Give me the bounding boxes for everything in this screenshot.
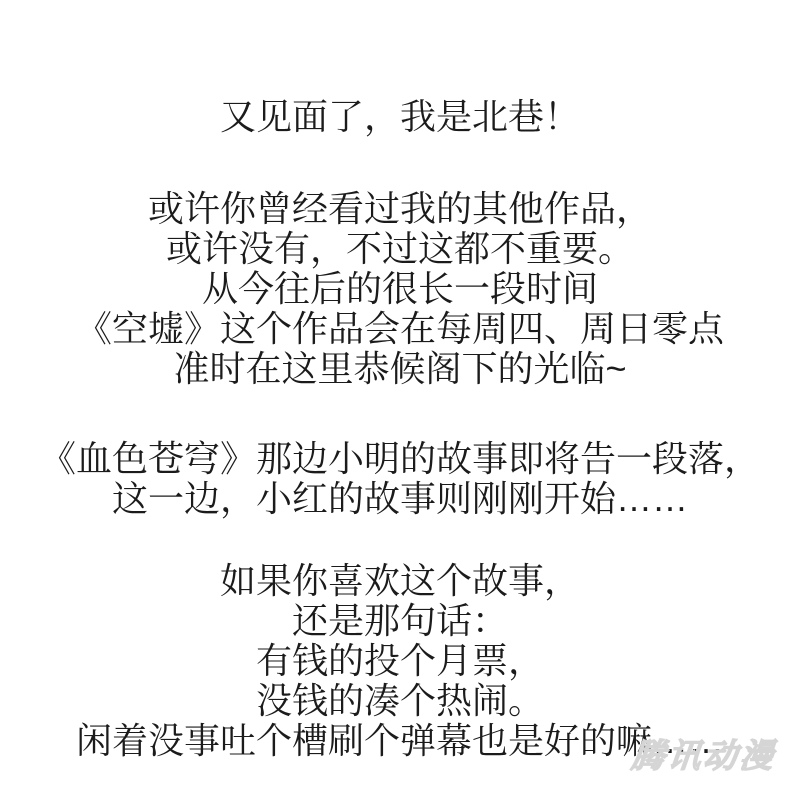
note-line: 或许没有，不过这都不重要。: [0, 229, 800, 269]
note-line: 有钱的投个月票，: [0, 641, 800, 681]
paragraph-greeting: 又见面了，我是北巷！: [0, 97, 800, 137]
author-note-text: 又见面了，我是北巷！ 或许你曾经看过我的其他作品， 或许没有，不过这都不重要。 …: [0, 97, 800, 761]
note-line: 准时在这里恭候阁下的光临~: [0, 349, 800, 389]
tencent-comics-watermark: 腾讯动漫: [630, 730, 779, 777]
note-line: 《空墟》这个作品会在每周四、周日零点: [0, 309, 800, 349]
note-line: 或许你曾经看过我的其他作品，: [0, 189, 800, 229]
comic-author-note-page: 又见面了，我是北巷！ 或许你曾经看过我的其他作品， 或许没有，不过这都不重要。 …: [0, 0, 800, 795]
note-line: 又见面了，我是北巷！: [0, 97, 800, 137]
note-line: 《血色苍穹》那边小明的故事即将告一段落，: [0, 439, 800, 479]
note-line: 从今往后的很长一段时间: [0, 269, 800, 309]
note-line: 还是那句话：: [0, 601, 800, 641]
paragraph-schedule: 或许你曾经看过我的其他作品， 或许没有，不过这都不重要。 从今往后的很长一段时间…: [0, 189, 800, 389]
paragraph-story-transition: 《血色苍穹》那边小明的故事即将告一段落， 这一边，小红的故事则刚刚开始……: [0, 439, 800, 519]
note-line: 这一边，小红的故事则刚刚开始……: [0, 479, 800, 519]
note-line: 如果你喜欢这个故事，: [0, 561, 800, 601]
note-line: 没钱的凑个热闹。: [0, 681, 800, 721]
